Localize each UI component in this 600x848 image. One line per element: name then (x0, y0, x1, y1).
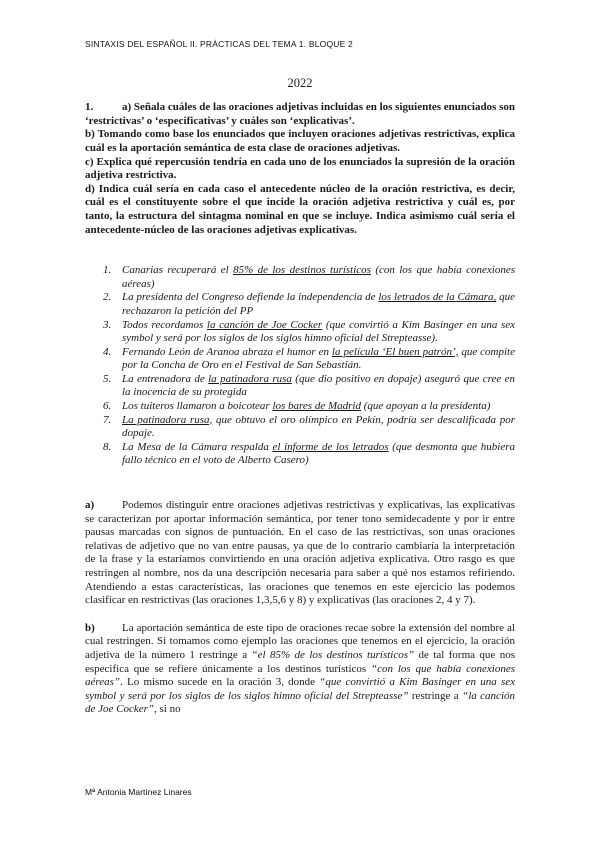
item-number: 3. (103, 319, 122, 346)
text-segment: restringe a (408, 690, 462, 702)
answer-a-paragraph: a)Podemos distinguir entre oraciones adj… (85, 499, 515, 608)
item-number: 4. (103, 346, 122, 373)
question-block: 1.a) Señala cuáles de las oraciones adje… (85, 101, 515, 237)
item-text: Todos recordamos la canción de Joe Cocke… (122, 319, 515, 346)
item-text: La presidenta del Congreso defiende la i… (122, 291, 515, 318)
text-segment: Canarias recuperará el (122, 264, 233, 276)
item-number: 8. (103, 441, 122, 468)
text-segment: . Lo mismo sucede en la oración 3, donde (120, 676, 319, 688)
answer-a-label: a) (85, 499, 122, 513)
question-part-c: c) Explica qué repercusión tendría en ca… (85, 156, 515, 183)
item-number: 7. (103, 414, 122, 441)
item-text: La Mesa de la Cámara respalda el informe… (122, 441, 515, 468)
exercise-item: 7.La patinadora rusa, que obtuvo el oro … (103, 414, 515, 441)
item-number: 1. (103, 264, 122, 291)
exercise-item: 6.Los tuiteros llamaron a boicotear los … (103, 400, 515, 414)
text-segment: (que apoyan a la presidenta) (361, 400, 490, 412)
year-label: 2022 (85, 77, 515, 91)
item-text: Fernando León de Aranoa abraza el humor … (122, 346, 515, 373)
exercise-item: 4.Fernando León de Aranoa abraza el humo… (103, 346, 515, 373)
answer-b-text: La aportación semántica de este tipo de … (85, 622, 515, 716)
question-part-b: b) Tomando como base los enunciados que … (85, 128, 515, 155)
text-segment: la patinadora rusa (208, 373, 292, 385)
text-segment: Todos recordamos (122, 319, 207, 331)
answer-b-paragraph: b)La aportación semántica de este tipo d… (85, 622, 515, 717)
question-part-d: d) Indica cuál sería en cada caso el ant… (85, 183, 515, 237)
text-segment: Los tuiteros llamaron a boicotear (122, 400, 272, 412)
exercise-item: 8.La Mesa de la Cámara respalda el infor… (103, 441, 515, 468)
author-footer: Mª Antonia Martínez Linares (85, 786, 192, 800)
answer-a-text: Podemos distinguir entre oraciones adjet… (85, 499, 515, 606)
question-number: 1. (85, 101, 122, 115)
item-number: 6. (103, 400, 122, 414)
exercise-item: 1.Canarias recuperará el 85% de los dest… (103, 264, 515, 291)
text-segment: 85% de los destinos turísticos (233, 264, 371, 276)
text-segment: La presidenta del Congreso defiende la i… (122, 291, 378, 303)
item-text: La patinadora rusa, que obtuvo el oro ol… (122, 414, 515, 441)
exercise-list: 1.Canarias recuperará el 85% de los dest… (103, 264, 515, 468)
exercise-item: 2.La presidenta del Congreso defiende la… (103, 291, 515, 318)
document-page: SINTAXIS DEL ESPAÑOL II. PRÁCTICAS DEL T… (0, 0, 600, 848)
exercise-item: 5.La entrenadora de la patinadora rusa (… (103, 373, 515, 400)
text-segment: los bares de Madrid (272, 400, 361, 412)
text-segment: el informe de los letrados (272, 441, 388, 453)
item-text: Los tuiteros llamaron a boicotear los ba… (122, 400, 515, 414)
text-segment: la película ‘El buen patrón’, (332, 346, 458, 358)
item-text: La entrenadora de la patinadora rusa (qu… (122, 373, 515, 400)
item-number: 5. (103, 373, 122, 400)
text-segment: Podemos distinguir entre oraciones adjet… (85, 499, 515, 606)
answer-b-label: b) (85, 622, 122, 636)
text-segment: “el 85% de los destinos turísticos” (252, 649, 415, 661)
text-segment: Fernando León de Aranoa abraza el humor … (122, 346, 332, 358)
text-segment: la canción de Joe Cocker (207, 319, 322, 331)
item-number: 2. (103, 291, 122, 318)
question-part-a: 1.a) Señala cuáles de las oraciones adje… (85, 101, 515, 128)
text-segment: los letrados de la Cámara, (378, 291, 496, 303)
exercise-item: 3.Todos recordamos la canción de Joe Coc… (103, 319, 515, 346)
item-text: Canarias recuperará el 85% de los destin… (122, 264, 515, 291)
text-segment: La patinadora rusa, (122, 414, 212, 426)
text-segment: La Mesa de la Cámara respalda (122, 441, 272, 453)
question-part-a-text: a) Señala cuáles de las oraciones adjeti… (85, 101, 515, 127)
text-segment: La entrenadora de (122, 373, 208, 385)
text-segment: , si no (154, 703, 181, 715)
document-header: SINTAXIS DEL ESPAÑOL II. PRÁCTICAS DEL T… (85, 38, 515, 52)
